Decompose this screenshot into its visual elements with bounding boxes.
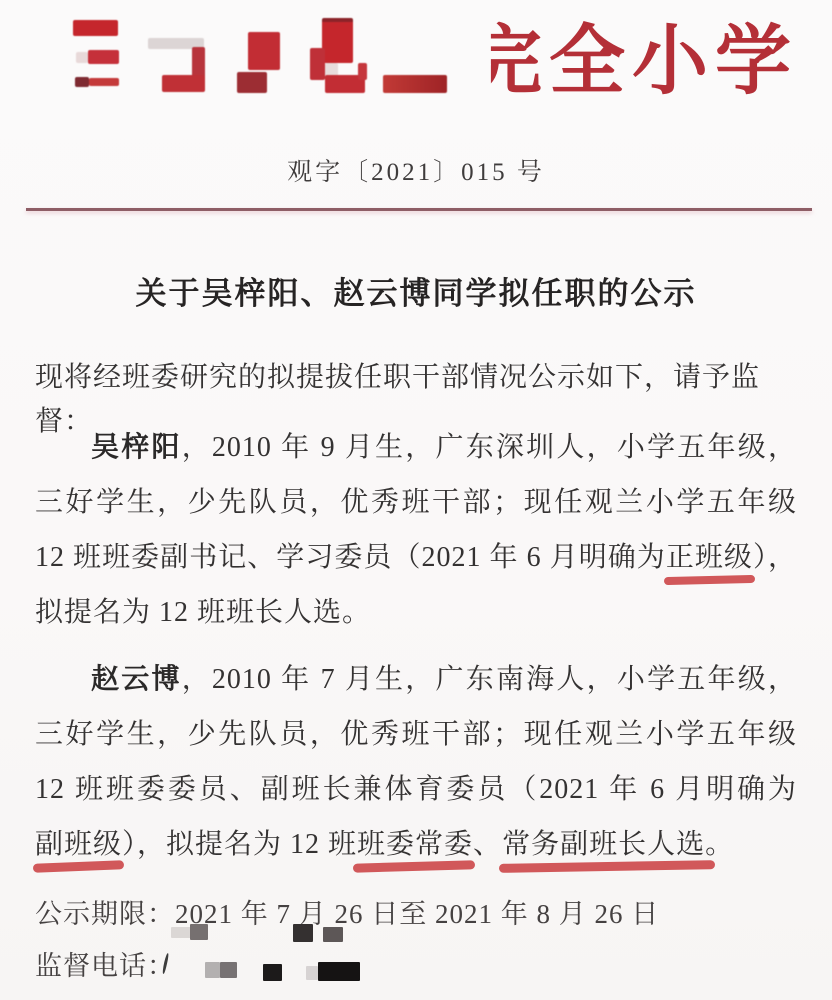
student-name-wu: 吴梓阳	[91, 432, 182, 463]
phone-redaction-block	[220, 962, 237, 978]
mosaic-block	[88, 50, 119, 64]
redaction-block	[293, 924, 313, 942]
redaction-block	[190, 924, 208, 940]
school-name-rest: 全小学	[549, 20, 798, 104]
mosaic-block	[73, 20, 118, 36]
redaction-block	[323, 927, 343, 942]
publicity-period-line: 公示期限：2021 年 7 月 26 日至 2021 年 8 月 26 日	[35, 892, 659, 931]
zhao-underlined-phrase-2: 班委常委	[357, 829, 473, 860]
phone-label: 监督电话：	[35, 951, 175, 981]
period-value: 2021 年 7 月 26 日至 2021 年 8 月 26 日	[175, 899, 659, 929]
mosaic-block	[237, 72, 267, 93]
student-name-zhao: 赵云博	[91, 664, 182, 695]
mosaic-block	[322, 18, 353, 63]
zhao-underlined-phrase-1: 副班级	[35, 829, 122, 860]
phone-redaction-block	[263, 964, 282, 981]
mosaic-block	[76, 52, 88, 63]
wu-underlined-phrase: 正班级	[666, 542, 753, 573]
mosaic-block	[310, 48, 325, 80]
phone-redaction-block	[318, 962, 360, 981]
period-label: 公示期限：	[35, 899, 175, 929]
mosaic-block	[383, 75, 447, 93]
school-name: 完全小学	[466, 16, 798, 112]
phone-redaction-block	[205, 962, 220, 978]
mosaic-block	[192, 47, 205, 78]
document-title: 关于吴梓阳、赵云博同学拟任职的公示	[0, 268, 832, 313]
zhao-text-3: 、	[473, 829, 502, 860]
zhao-text-2: ），拟提名为 12 班	[122, 829, 357, 860]
mosaic-block	[248, 32, 280, 70]
profile-paragraph-zhao: 赵云博，2010 年 7 月生，广东南海人，小学五年级，三好学生，少先队员，优秀…	[35, 652, 797, 872]
red-divider-line	[26, 208, 812, 211]
school-name-partial-char: 完	[466, 16, 549, 108]
document-number: 观字〔2021〕015 号	[0, 152, 832, 188]
mosaic-block	[89, 78, 119, 86]
document-page: 完全小学 观字〔2021〕015 号 关于吴梓阳、赵云博同学拟任职的公示 现将经…	[0, 0, 832, 1000]
mosaic-block	[358, 63, 367, 80]
mosaic-block	[162, 75, 205, 92]
supervision-phone-line: 监督电话：	[35, 944, 175, 983]
profile-paragraph-wu: 吴梓阳，2010 年 9 月生，广东深圳人，小学五年级，三好学生，少先队员，优秀…	[35, 420, 797, 640]
zhao-text-4: 。	[705, 829, 734, 860]
phone-redaction-block	[306, 966, 318, 980]
mosaic-block	[75, 77, 89, 87]
zhao-underlined-phrase-3: 常务副班长人选	[502, 829, 705, 860]
